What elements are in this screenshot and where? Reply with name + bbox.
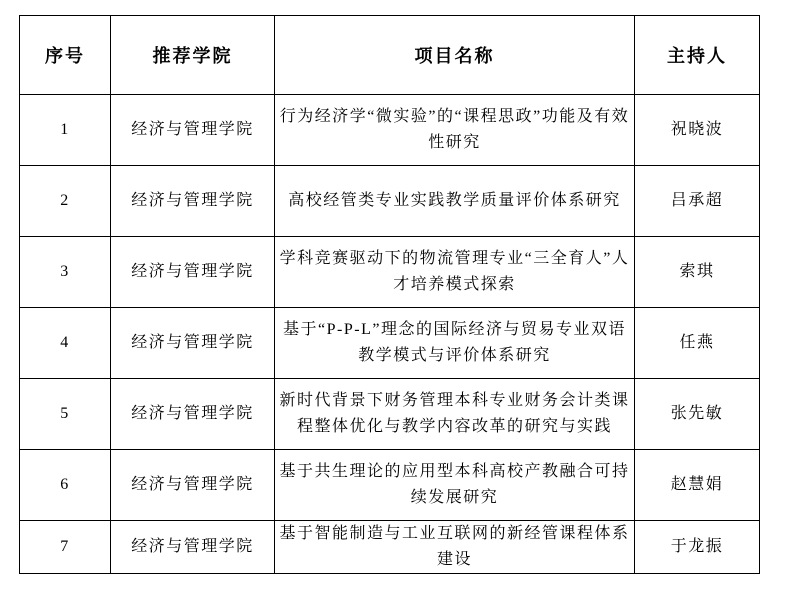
header-project: 项目名称 (275, 16, 635, 95)
cell-leader: 张先敏 (635, 379, 760, 450)
cell-leader: 索琪 (635, 237, 760, 308)
cell-no: 1 (20, 95, 111, 166)
cell-no: 3 (20, 237, 111, 308)
table-row: 1 经济与管理学院 行为经济学“微实验”的“课程思政”功能及有效性研究 祝晓波 (20, 95, 760, 166)
cell-leader: 吕承超 (635, 166, 760, 237)
cell-no: 5 (20, 379, 111, 450)
cell-project: 新时代背景下财务管理本科专业财务会计类课程整体优化与教学内容改革的研究与实践 (275, 379, 635, 450)
cell-no: 4 (20, 308, 111, 379)
cell-project: 基于智能制造与工业互联网的新经管课程体系建设 (275, 521, 635, 574)
cell-project: 行为经济学“微实验”的“课程思政”功能及有效性研究 (275, 95, 635, 166)
cell-project: 高校经管类专业实践教学质量评价体系研究 (275, 166, 635, 237)
cell-leader: 赵慧娟 (635, 450, 760, 521)
table-row: 6 经济与管理学院 基于共生理论的应用型本科高校产教融合可持续发展研究 赵慧娟 (20, 450, 760, 521)
table-row: 5 经济与管理学院 新时代背景下财务管理本科专业财务会计类课程整体优化与教学内容… (20, 379, 760, 450)
cell-college: 经济与管理学院 (111, 450, 275, 521)
cell-college: 经济与管理学院 (111, 379, 275, 450)
cell-no: 6 (20, 450, 111, 521)
document-page: 序号 推荐学院 项目名称 主持人 1 经济与管理学院 行为经济学“微实验”的“课… (0, 0, 788, 605)
cell-leader: 祝晓波 (635, 95, 760, 166)
header-no: 序号 (20, 16, 111, 95)
cell-project: 基于共生理论的应用型本科高校产教融合可持续发展研究 (275, 450, 635, 521)
projects-table: 序号 推荐学院 项目名称 主持人 1 经济与管理学院 行为经济学“微实验”的“课… (19, 15, 760, 574)
cell-college: 经济与管理学院 (111, 95, 275, 166)
cell-no: 7 (20, 521, 111, 574)
cell-college: 经济与管理学院 (111, 308, 275, 379)
cell-project: 学科竞赛驱动下的物流管理专业“三全育人”人才培养模式探索 (275, 237, 635, 308)
cell-leader: 任燕 (635, 308, 760, 379)
cell-leader: 于龙振 (635, 521, 760, 574)
cell-college: 经济与管理学院 (111, 521, 275, 574)
header-row: 序号 推荐学院 项目名称 主持人 (20, 16, 760, 95)
header-leader: 主持人 (635, 16, 760, 95)
cell-no: 2 (20, 166, 111, 237)
header-college: 推荐学院 (111, 16, 275, 95)
table-row: 3 经济与管理学院 学科竞赛驱动下的物流管理专业“三全育人”人才培养模式探索 索… (20, 237, 760, 308)
table-row: 7 经济与管理学院 基于智能制造与工业互联网的新经管课程体系建设 于龙振 (20, 521, 760, 574)
cell-college: 经济与管理学院 (111, 166, 275, 237)
cell-project: 基于“P-P-L”理念的国际经济与贸易专业双语教学模式与评价体系研究 (275, 308, 635, 379)
table-row: 4 经济与管理学院 基于“P-P-L”理念的国际经济与贸易专业双语教学模式与评价… (20, 308, 760, 379)
table-row: 2 经济与管理学院 高校经管类专业实践教学质量评价体系研究 吕承超 (20, 166, 760, 237)
cell-college: 经济与管理学院 (111, 237, 275, 308)
